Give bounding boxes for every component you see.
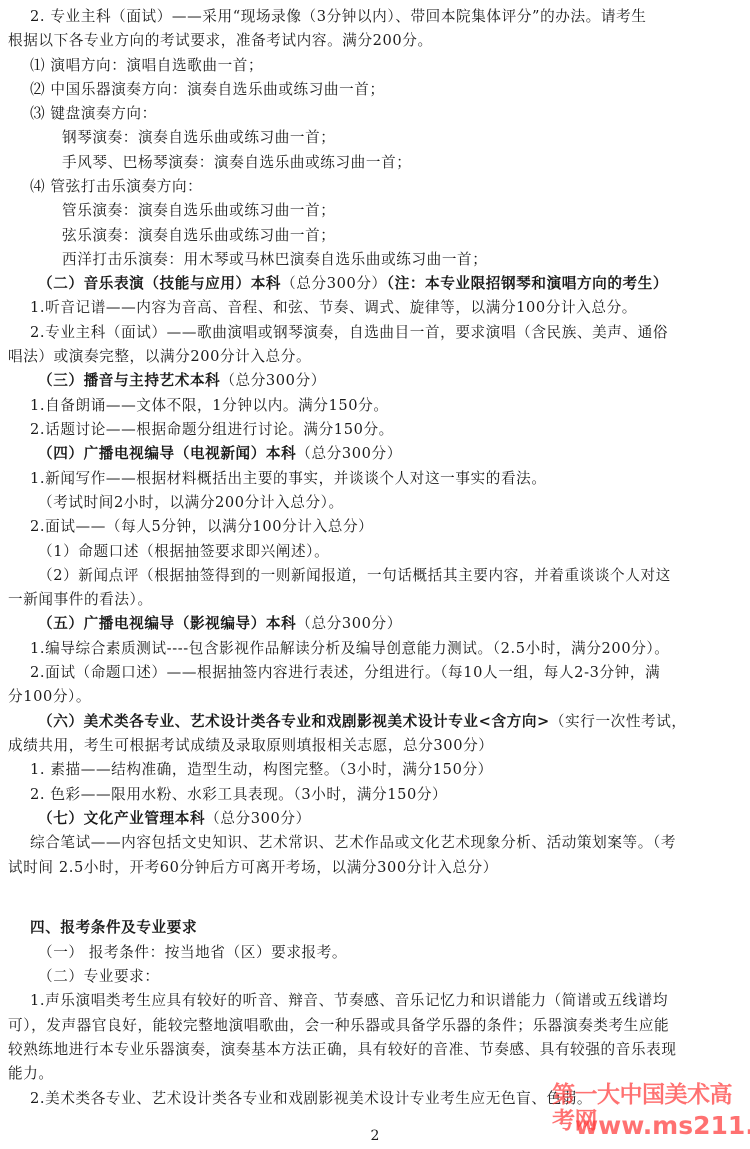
list-item: ⑵ 中国乐器演奏方向：演奏自选乐曲或练习曲一首； [30, 80, 742, 100]
section-heading-5: （五）广播电视编导（影视编导）本科（总分300分） [38, 614, 742, 634]
section-heading-7: （七）文化产业管理本科（总分300分） [38, 809, 742, 829]
paragraph-line: 1.听音记谱——内容为音高、音程、和弦、节奏、调式、旋律等，以满分100分计入总… [30, 298, 742, 318]
section-heading-bold: （三）播音与主持艺术本科 [38, 372, 220, 389]
section-heading-3: （三）播音与主持艺术本科（总分300分） [38, 371, 742, 391]
paragraph-line: 成绩共用，考生可根据考试成绩及录取原则填报相关志愿，总分300分） [8, 736, 742, 756]
section-heading-6: （六）美术类各专业、艺术设计类各专业和戏剧影视美术设计专业<含方向>（实行一次性… [38, 712, 742, 732]
sub-list-item: 手风琴、巴杨琴演奏：演奏自选乐曲或练习曲一首； [62, 153, 742, 173]
sub-list-item: 管乐演奏：演奏自选乐曲或练习曲一首； [62, 201, 742, 221]
list-item: ⑷ 管弦打击乐演奏方向： [30, 177, 742, 197]
sub-list-item: 弦乐演奏：演奏自选乐曲或练习曲一首； [62, 226, 742, 246]
paragraph-line: 2.专业主科（面试）——歌曲演唱或钢琴演奏，自选曲目一首，要求演唱（含民族、美声… [30, 323, 742, 343]
paragraph-line: 1.声乐演唱类考生应具有较好的听音、辩音、节奏感、音乐记忆力和识谱能力（简谱或五… [30, 991, 742, 1011]
paragraph-line: 根据以下各专业方向的考试要求，准备考试内容。满分200分。 [8, 31, 742, 51]
section-heading-bold: （七）文化产业管理本科 [38, 810, 205, 827]
section-heading-score: （总分300分） [296, 615, 402, 632]
list-item: （1）命题口述（根据抽签要求即兴阐述）。 [38, 542, 742, 562]
list-item: ⑶ 键盘演奏方向： [30, 104, 742, 124]
paragraph-line: 综合笔试——内容包括文史知识、艺术常识、艺术作品或文化艺术现象分析、活动策划案等… [30, 833, 742, 853]
paragraph-line: 一新闻事件的看法）。 [8, 590, 742, 610]
sub-list-item: 西洋打击乐演奏：用木琴或马林巴演奏自选乐曲或练习曲一首； [62, 250, 742, 270]
paragraph-line: 2.面试——（每人5分钟，以满分100分计入总分） [30, 517, 742, 537]
section-heading-note: （注：本专业限招钢琴和演唱方向的考生） [387, 275, 668, 292]
chapter-heading: 四、报考条件及专业要求 [30, 918, 742, 938]
paragraph-line: （二）专业要求： [38, 967, 742, 987]
section-heading-score: （总分300分） [281, 275, 387, 292]
section-heading-4: （四）广播电视编导（电视新闻）本科（总分300分） [38, 444, 742, 464]
section-heading-score: （总分300分） [205, 810, 311, 827]
paragraph-line: 能力。 [8, 1064, 742, 1084]
list-item: ⑴ 演唱方向：演唱自选歌曲一首； [30, 56, 742, 76]
paragraph-line: （考试时间2小时，以满分200分计入总分）。 [38, 493, 742, 513]
section-heading-2: （二）音乐表演（技能与应用）本科（总分300分）（注：本专业限招钢琴和演唱方向的… [38, 274, 742, 294]
section-heading-score: （实行一次性考试， [550, 713, 687, 730]
paragraph-line: 唱法）或演奏完整，以满分200分计入总分。 [8, 347, 742, 367]
paragraph-line: 1.自备朗诵——文体不限，1分钟以内。满分150分。 [30, 396, 742, 416]
sub-list-item: 钢琴演奏：演奏自选乐曲或练习曲一首； [62, 128, 742, 148]
section-heading-bold: （五）广播电视编导（影视编导）本科 [38, 615, 296, 632]
section-heading-bold: （四）广播电视编导（电视新闻）本科 [38, 445, 296, 462]
paragraph-line: 1.编导综合素质测试----包含影视作品解读分析及编导创意能力测试。（2.5小时… [30, 639, 742, 659]
paragraph-line: 1. 素描——结构准确，造型生动，构图完整。（3小时，满分150分） [30, 760, 742, 780]
section-heading-bold: （六）美术类各专业、艺术设计类各专业和戏剧影视美术设计专业<含方向> [38, 713, 550, 730]
section-heading-score: （总分300分） [296, 445, 402, 462]
paragraph-line: 较熟练地进行本专业乐器演奏，演奏基本方法正确，具有较好的音准、节奏感、具有较强的… [8, 1040, 742, 1060]
paragraph-line: （一） 报考条件：按当地省（区）要求报考。 [38, 943, 742, 963]
paragraph-line: 2.面试（命题口述）——根据抽签内容进行表述，分组进行。（每10人一组，每人2-… [30, 663, 742, 683]
paragraph-line: 2.话题讨论——根据命题分组进行讨论。满分150分。 [30, 420, 742, 440]
list-item: （2）新闻点评（根据抽签得到的一则新闻报道，一句话概括其主要内容，并着重谈谈个人… [38, 566, 742, 586]
paragraph-line: 2. 专业主科（面试）——采用“现场录像（3分钟以内）、带回本院集体评分”的办法… [30, 7, 742, 27]
paragraph-line: 分100分）。 [8, 687, 742, 707]
paragraph-line: 1.新闻写作——根据材料概括出主要的事实，并谈谈个人对这一事实的看法。 [30, 469, 742, 489]
document-page: 2. 专业主科（面试）——采用“现场录像（3分钟以内）、带回本院集体评分”的办法… [0, 0, 750, 1149]
paragraph-line: 试时间 2.5小时，开考60分钟后方可离开考场，以满分300分计入总分） [8, 858, 742, 878]
section-heading-bold: （二）音乐表演（技能与应用）本科 [38, 275, 281, 292]
paragraph-line: 可），发声器官良好，能较完整地演唱歌曲，会一种乐器或具备学乐器的条件；乐器演奏类… [8, 1016, 742, 1036]
section-heading-score: （总分300分） [220, 372, 326, 389]
paragraph-line: 2. 色彩——限用水粉、水彩工具表现。（3小时，满分150分） [30, 785, 742, 805]
watermark-url: www.ms211.com [575, 1112, 750, 1140]
